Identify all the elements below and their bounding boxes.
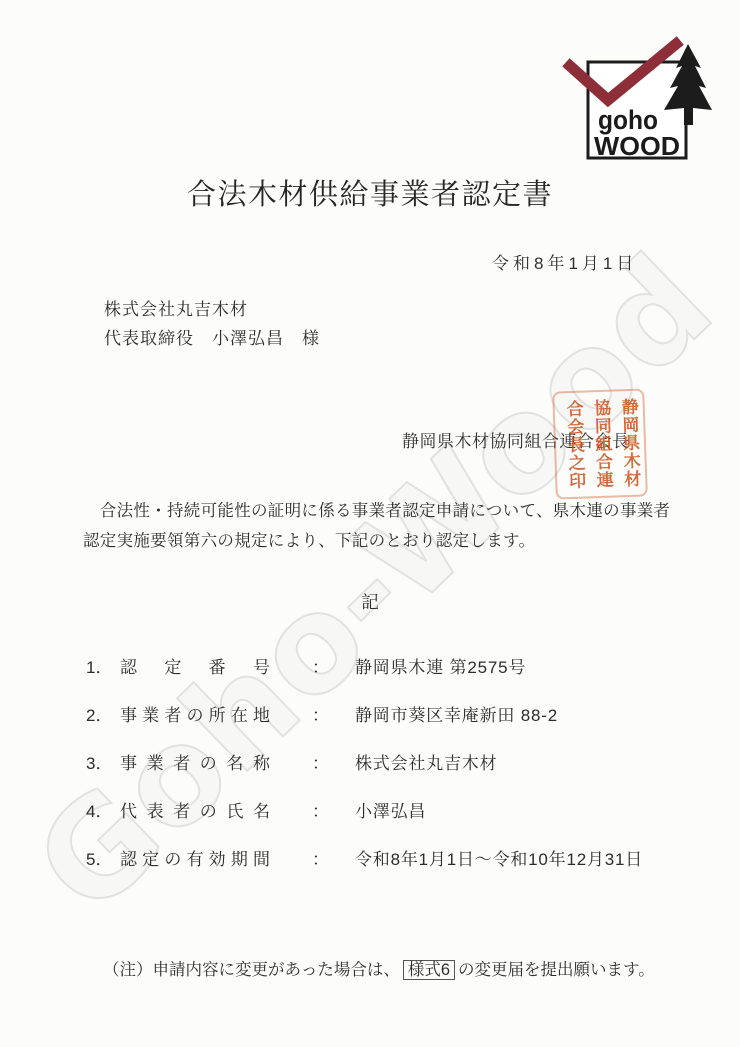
item-label: 事業者の所在地	[120, 701, 270, 726]
issue-date: 令和8年1月1日	[492, 249, 637, 274]
item-label: 事業者の名称	[120, 749, 270, 774]
item-value: 静岡市葵区幸庵新田 88-2	[355, 706, 558, 725]
item-label: 認定番号	[120, 653, 270, 678]
item-colon: ：	[312, 701, 329, 726]
seal-column: 静岡県木材	[614, 393, 645, 494]
note-boxed-form-number: 様式6	[403, 960, 455, 980]
item-number: 1．	[86, 653, 120, 678]
item-number: 3．	[86, 749, 120, 774]
seal-column: 合会長之印	[559, 394, 590, 495]
seal-column: 協同組合連	[586, 393, 617, 494]
cert-item-row-3: 3．事業者の名称：株式会社丸吉木材	[86, 749, 497, 774]
note-prefix: （注）申請内容に変更があった場合は、	[103, 961, 400, 979]
item-colon: ：	[312, 845, 329, 870]
page-title: 合法木材供給事業者認定書	[0, 172, 740, 213]
cert-item-row-4: 4．代表者の氏名：小澤弘昌	[86, 797, 426, 822]
item-number: 5．	[86, 845, 120, 870]
item-colon: ：	[312, 797, 329, 822]
item-label: 代表者の氏名	[120, 797, 270, 822]
certificate-page: goho WOOD 合法木材供給事業者認定書 令和8年1月1日 株式会社丸吉木材…	[0, 0, 740, 1047]
body-line-1: 合法性・持続可能性の証明に係る事業者認定申請について、県木連の事業者	[83, 496, 683, 526]
cert-item-row-5: 5．認定の有効期間：令和8年1月1日～令和10年12月31日	[86, 845, 643, 870]
record-marker: 記	[0, 589, 740, 614]
issuer-seal-stamp: 静岡県木材 協同組合連 合会長之印	[552, 388, 648, 499]
note-suffix: の変更届を提出願います。	[458, 961, 655, 979]
item-label: 認定の有効期間	[120, 845, 270, 870]
cert-item-row-2: 2．事業者の所在地：静岡市葵区幸庵新田 88-2	[86, 701, 558, 726]
item-value: 株式会社丸吉木材	[355, 754, 497, 773]
recipient-representative: 代表取締役 小澤弘昌 様	[104, 324, 320, 353]
item-value: 令和8年1月1日～令和10年12月31日	[355, 850, 643, 869]
item-colon: ：	[312, 749, 329, 774]
cert-item-row-1: 1．認定番号：静岡県木連 第2575号	[86, 653, 526, 678]
recipient-block: 株式会社丸吉木材 代表取締役 小澤弘昌 様	[104, 295, 320, 353]
item-number: 4．	[86, 797, 120, 822]
item-value: 小澤弘昌	[355, 802, 426, 821]
footer-note: （注）申請内容に変更があった場合は、様式6の変更届を提出願います。	[103, 956, 655, 980]
body-line-2: 認定実施要領第六の規定により、下記のとおり認定します。	[83, 526, 683, 556]
logo-text-wood: WOOD	[594, 131, 680, 161]
item-colon: ：	[312, 653, 329, 678]
goho-wood-logo: goho WOOD	[558, 28, 738, 168]
recipient-company: 株式会社丸吉木材	[104, 295, 320, 324]
body-paragraph: 合法性・持続可能性の証明に係る事業者認定申請について、県木連の事業者 認定実施要…	[83, 496, 683, 556]
item-value: 静岡県木連 第2575号	[355, 658, 526, 677]
item-number: 2．	[86, 701, 120, 726]
